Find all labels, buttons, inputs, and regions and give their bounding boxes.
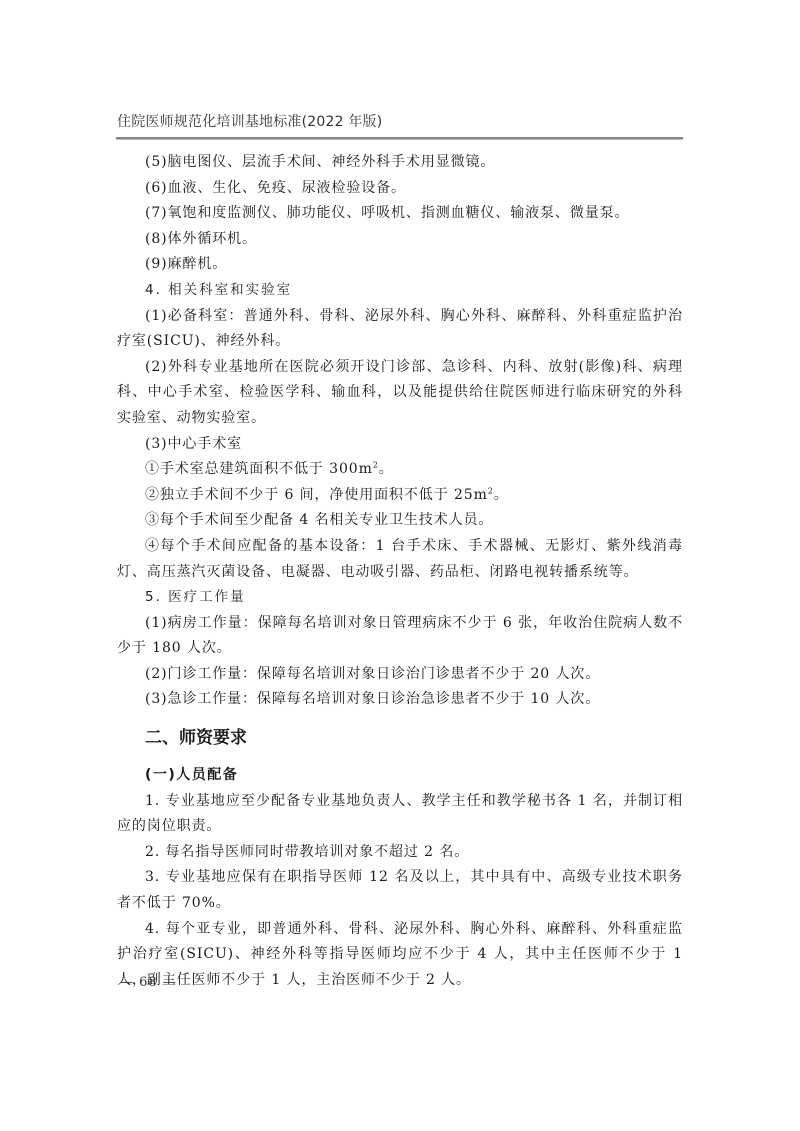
equipment-item: (5)脑电图仪、层流手术间、神经外科手术用显微镜。 (117, 150, 683, 176)
equipment-item: (9)麻醉机。 (117, 252, 683, 278)
workload-ward: (1)病房工作量：保障每名培训对象日管理病床不少于 6 张，年收治住院病人数不少… (117, 611, 683, 662)
chapter-heading-faculty: 二、师资要求 (117, 725, 683, 751)
or-item-2: ②独立手术间不少于 6 间，净使用面积不低于 25m2。 (117, 483, 683, 509)
required-departments: (1)必备科室：普通外科、骨科、泌尿外科、胸心外科、麻醉科、外科重症监护治疗室(… (117, 304, 683, 355)
punctuation: 。 (379, 461, 394, 477)
workload-outpatient: (2)门诊工作量：保障每名培训对象日诊治门诊患者不少于 20 人次。 (117, 662, 683, 688)
workload-emergency: (3)急诊工作量：保障每名培训对象日诊治急诊患者不少于 10 人次。 (117, 687, 683, 713)
page-body: (5)脑电图仪、层流手术间、神经外科手术用显微镜。 (6)血液、生化、免疫、尿液… (117, 150, 683, 993)
subsection-heading-staffing: (一)人员配备 (117, 763, 683, 789)
punctuation: 。 (494, 487, 509, 503)
running-header: 住院医师规范化培训基地标准(2022 年版) (117, 111, 382, 131)
section-heading-5: 5. 医疗工作量 (117, 585, 683, 611)
equipment-item: (7)氧饱和度监测仪、肺功能仪、呼吸机、指测血糖仪、输液泵、微量泵。 (117, 201, 683, 227)
section-heading-4: 4. 相关科室和实验室 (117, 278, 683, 304)
or-item-2-text: ②独立手术间不少于 6 间，净使用面积不低于 25m (145, 487, 488, 503)
staffing-item-4: 4. 每个亚专业，即普通外科、骨科、泌尿外科、胸心外科、麻醉科、外科重症监护治疗… (117, 917, 683, 994)
central-or-heading: (3)中心手术室 (117, 432, 683, 458)
header-rule (116, 137, 683, 140)
or-item-3: ③每个手术间至少配备 4 名相关专业卫生技术人员。 (117, 508, 683, 534)
page-number: — 68 — (120, 975, 177, 990)
equipment-item: (6)血液、生化、免疫、尿液检验设备。 (117, 176, 683, 202)
or-item-4: ④每个手术间应配备的基本设备：1 台手术床、手术器械、无影灯、紫外线消毒灯、高压… (117, 534, 683, 585)
or-item-1: ①手术室总建筑面积不低于 300m2。 (117, 457, 683, 483)
or-item-1-text: ①手术室总建筑面积不低于 300m (145, 461, 373, 477)
staffing-item-1: 1. 专业基地应至少配备专业基地负责人、教学主任和教学秘书各 1 名，并制订相应… (117, 789, 683, 840)
equipment-item: (8)体外循环机。 (117, 227, 683, 253)
staffing-item-3: 3. 专业基地应保有在职指导医师 12 名及以上，其中具有中、高级专业技术职务者… (117, 865, 683, 916)
staffing-item-2: 2. 每名指导医师同时带教培训对象不超过 2 名。 (117, 840, 683, 866)
hospital-departments: (2)外科专业基地所在医院必须开设门诊部、急诊科、内科、放射(影像)科、病理科、… (117, 355, 683, 432)
